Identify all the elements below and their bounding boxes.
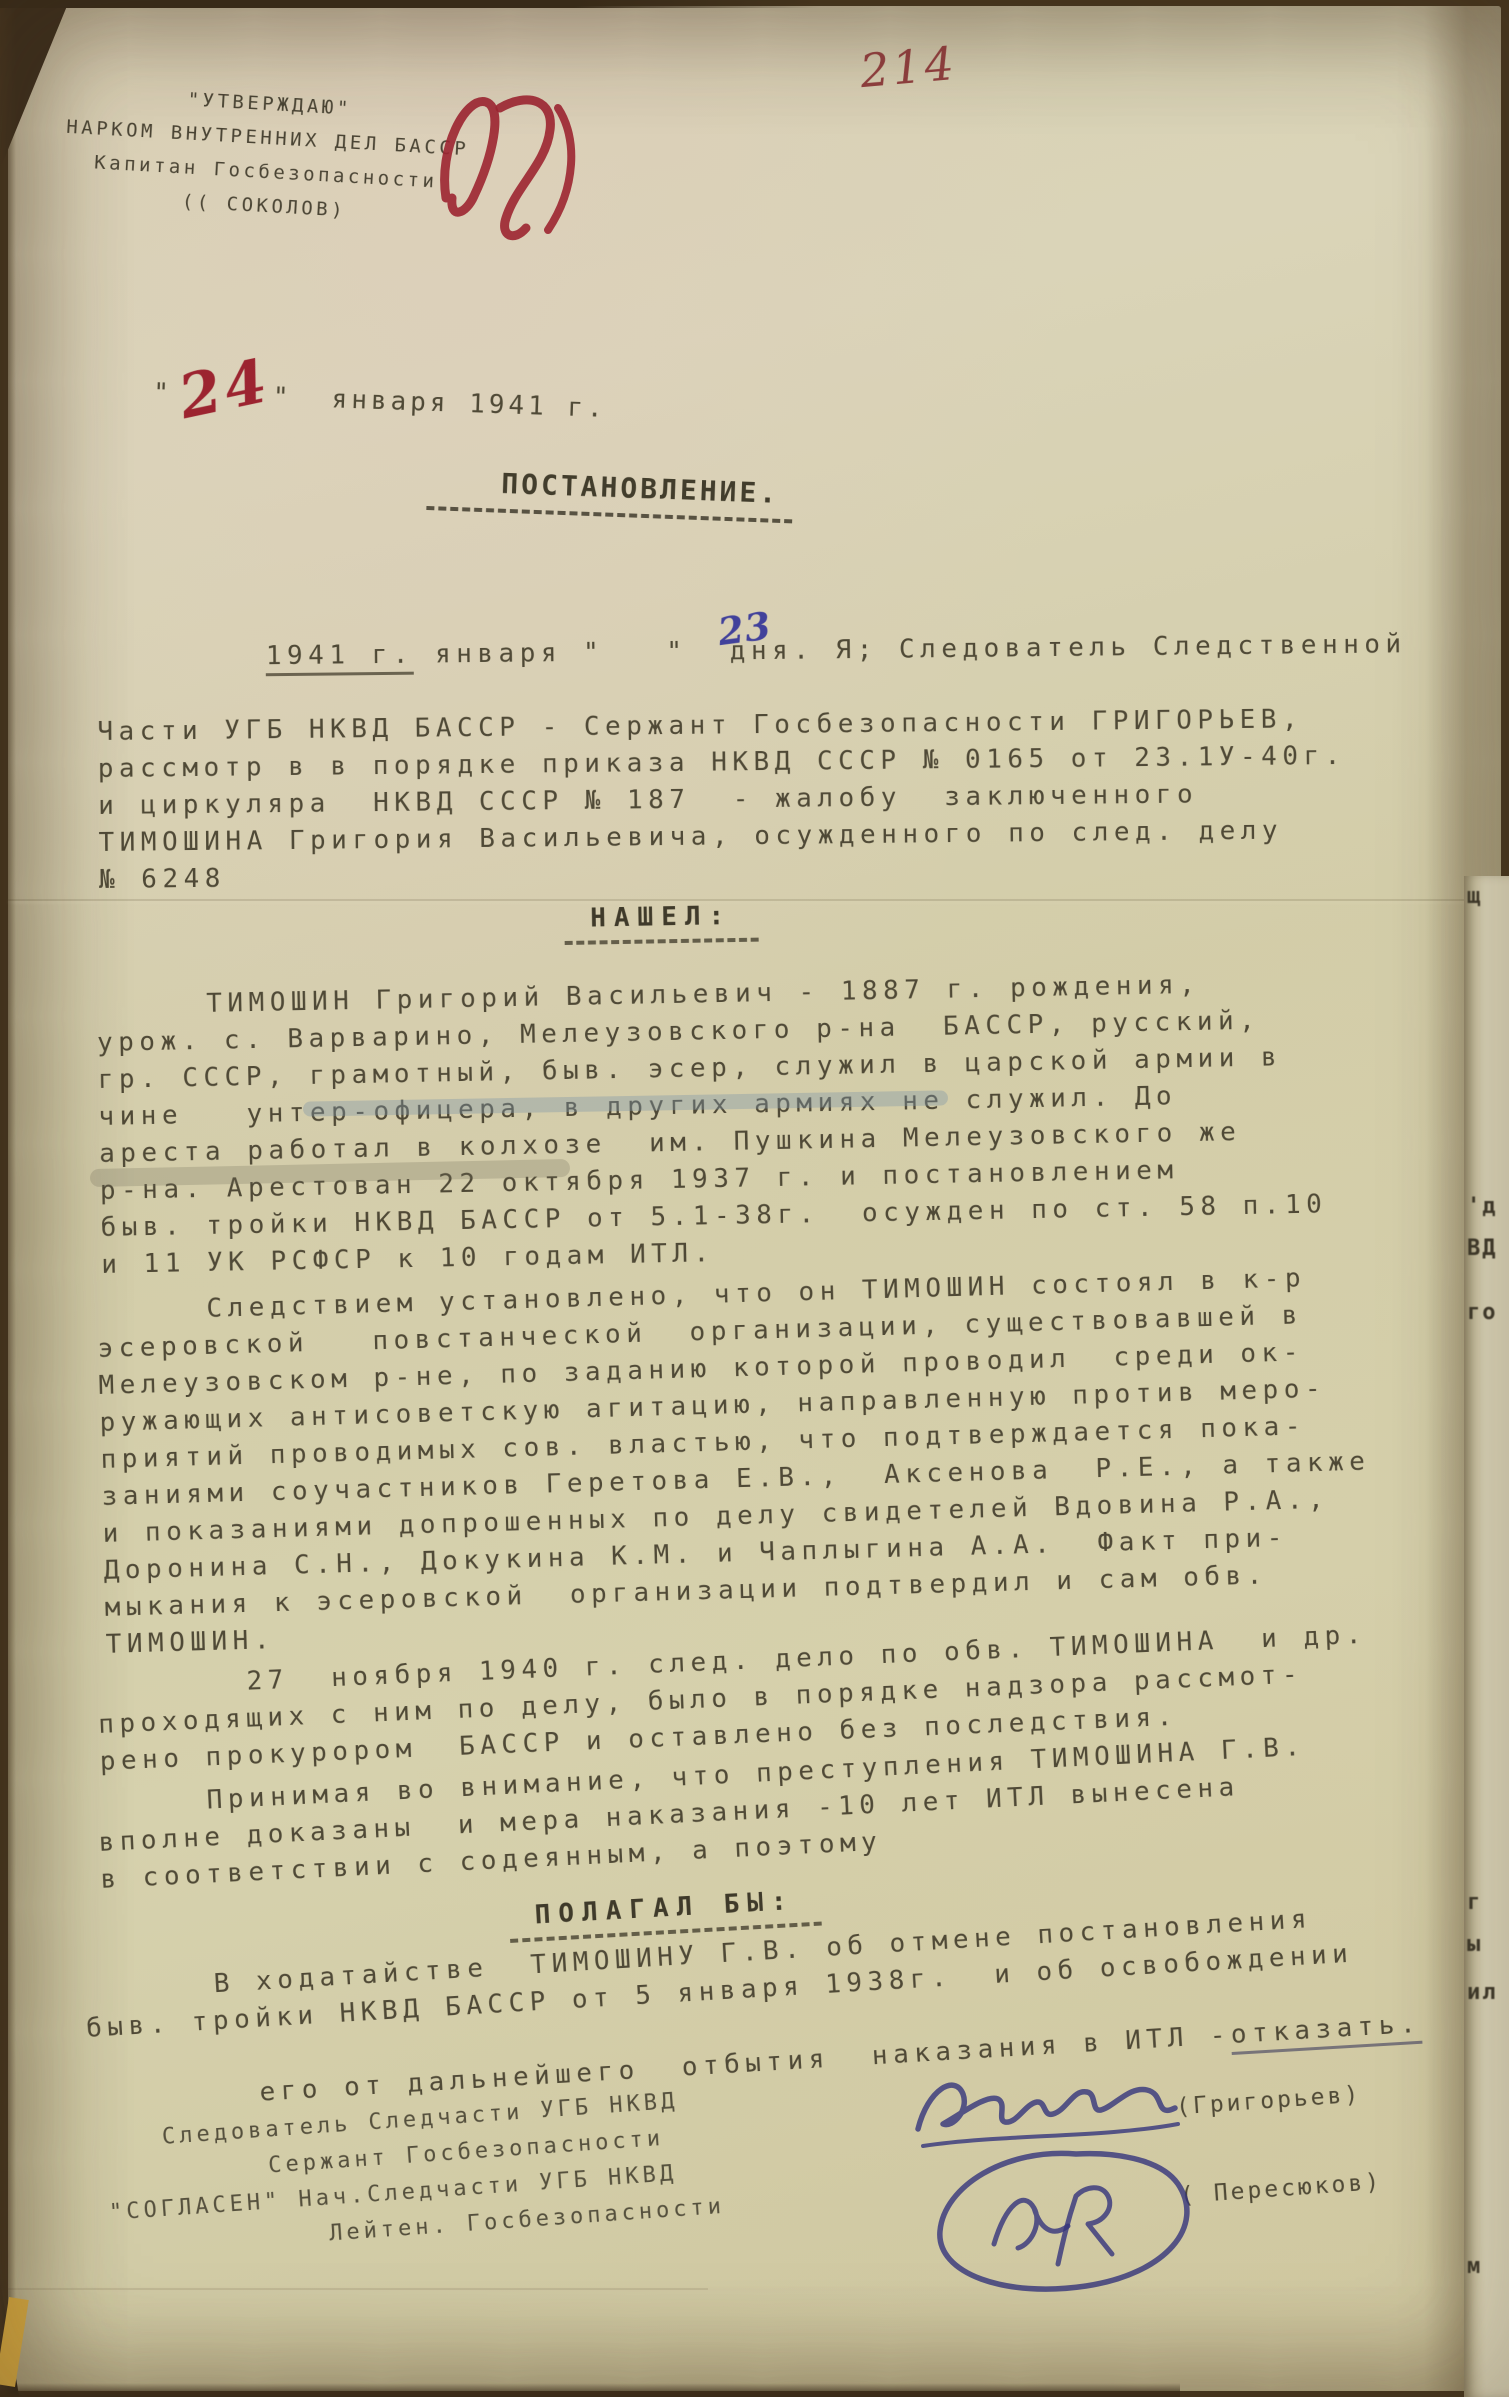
preamble-paragraph: 1941 г. января "23" дня. Я; Следователь … <box>96 583 1509 899</box>
findings-paragraph-2: Следствием установлено, что он ТИМОШИН с… <box>96 1254 1509 1664</box>
preamble-first-line: 1941 г. января "23" дня. Я; Следователь … <box>96 583 1509 714</box>
text-line: го <box>1467 1300 1498 1325</box>
photo-edge-top <box>0 0 820 8</box>
text-line: ы <box>1467 1932 1482 1957</box>
chief-signature-ink <box>916 2126 1216 2316</box>
preamble-lines: Части УГБ НКВД БАССР - Сержант Госбезопа… <box>97 699 1509 899</box>
text-line: щ <box>1467 884 1482 909</box>
document-photo: "УТВЕРЖДАЮ"НАРКОМ ВНУТРЕННИХ ДЕЛ БАССРКа… <box>0 0 1509 2397</box>
photo-edge-bottom <box>0 2383 1180 2397</box>
text-line: г <box>1467 1890 1482 1915</box>
paper-crease <box>8 2288 708 2290</box>
underlying-page-edge: щ'дВДгогыилм <box>1464 876 1509 2397</box>
month-text: января " <box>414 638 605 670</box>
after-day-text: " дня. Я; Следователь Следственной <box>666 629 1407 667</box>
text-line: 'д <box>1467 1194 1498 1219</box>
handwritten-day-23: 23 <box>602 621 668 666</box>
text-line: м <box>1467 2254 1482 2279</box>
text-line: ВД <box>1467 1236 1498 1261</box>
year-underlined: 1941 г. <box>266 640 414 677</box>
page-number: 214 <box>858 36 959 98</box>
text-line: ил <box>1467 1980 1498 2005</box>
typed-quote: " <box>153 378 174 409</box>
date-line: "24" января 1941 г. <box>33 312 609 462</box>
document-page: "УТВЕРЖДАЮ"НАРКОМ ВНУТРЕННИХ ДЕЛ БАССРКа… <box>8 6 1501 2391</box>
found-heading: НАШЕЛ: <box>564 901 759 945</box>
findings-paragraph-1: ТИМОШИН Григорий Васильевич - 1887 г. ро… <box>96 961 1509 1284</box>
refused-underlined: отказать. <box>1230 2009 1422 2055</box>
handwritten-day-24: 24 <box>168 345 280 434</box>
document-title: ПОСТАНОВЛЕНИЕ. <box>426 464 793 523</box>
date-month-year: января 1941 г. <box>292 383 607 424</box>
found-heading-text: НАШЕЛ: <box>564 901 759 945</box>
title-block: ПОСТАНОВЛЕНИЕ. <box>426 464 793 523</box>
photo-edge-left <box>0 0 16 2397</box>
approver-signature-red-ink <box>408 78 628 248</box>
